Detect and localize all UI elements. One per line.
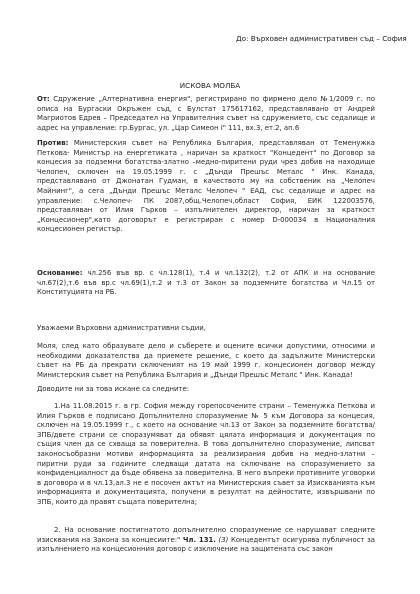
from-text: Сдружение „Алтернативна енергия", регист… — [37, 95, 375, 132]
paragraph-ref: (3) — [219, 536, 229, 544]
request-section: Моля, след като образувате дело и събере… — [37, 342, 375, 380]
from-label: От: — [37, 95, 50, 103]
against-section: Против: Министерския съвет на Република … — [37, 139, 375, 235]
against-label: Против: — [37, 139, 68, 147]
salutation: Уважаеми Върховни административни съдии, — [37, 324, 375, 334]
basis-label: Основание: — [37, 269, 82, 277]
basis-section: Основание: чл.256 във вр. с чл.128(1), т… — [37, 269, 375, 298]
point-2: 2. На основание постигнатото допълнителн… — [37, 526, 375, 555]
arguments-intro-text: Доводите ни за това искане са следните: — [37, 385, 375, 395]
article-ref: Чл. 131. — [183, 536, 216, 544]
from-section: От: Сдружение „Алтернативна енергия", ре… — [37, 95, 375, 133]
point-1: 1.На 11.08.2015 г. в гр. София между гор… — [37, 402, 375, 508]
basis-text: чл.256 във вр. с чл.128(1), т.4 и чл.132… — [37, 269, 375, 296]
point-1-text: 1.На 11.08.2015 г. в гр. София между гор… — [37, 402, 375, 508]
document-page: До: Върховен административен съд – София… — [0, 0, 420, 594]
document-title: ИСКОВА МОЛБА — [0, 81, 420, 91]
arguments-intro: Доводите ни за това искане са следните: — [37, 385, 375, 395]
request-text: Моля, след като образувате дело и събере… — [37, 342, 375, 380]
against-text: Министерския съвет на Република България… — [37, 139, 375, 233]
salutation-text: Уважаеми Върховни административни съдии, — [37, 324, 375, 334]
addressee-line: До: Върховен административен съд – София — [236, 34, 407, 44]
